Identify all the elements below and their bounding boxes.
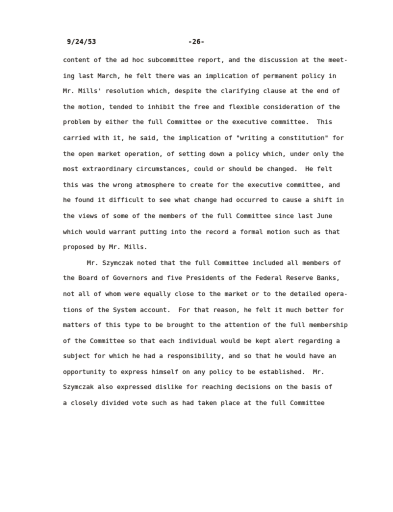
text-line: not all of whom were equally close to th… [63, 287, 363, 303]
page-header: 9/24/53 -26- [0, 38, 393, 54]
text-line: opportunity to express himself on any po… [63, 365, 363, 381]
text-line: the motion, tended to inhibit the free a… [63, 100, 363, 116]
text-line: which would warrant putting into the rec… [63, 225, 363, 241]
text-line: the views of some of the members of the … [63, 209, 363, 225]
page-number: -26- [0, 38, 393, 46]
text-line: the Board of Governors and five Presiden… [63, 271, 363, 287]
text-line: matters of this type to be brought to th… [63, 318, 363, 334]
text-line: most extraordinary circumstances, could … [63, 162, 363, 178]
text-line: the open market operation, of setting do… [63, 147, 363, 163]
text-line: proposed by Mr. Mills. [63, 240, 363, 256]
text-line: carried with it, he said, the implicatio… [63, 131, 363, 147]
paragraph: content of the ad hoc subcommittee repor… [63, 53, 363, 256]
text-line: of the Committee so that each individual… [63, 334, 363, 350]
text-line: subject for which he had a responsibilit… [63, 349, 363, 365]
text-line: tions of the System account. For that re… [63, 303, 363, 319]
document-body: content of the ad hoc subcommittee repor… [63, 53, 363, 412]
text-line: problem by either the full Committee or … [63, 115, 363, 131]
document-page: 9/24/53 -26- content of the ad hoc subco… [0, 0, 393, 512]
paragraph: Mr. Szymczak noted that the full Committ… [63, 256, 363, 412]
text-line: he found it difficult to see what change… [63, 193, 363, 209]
text-line: ing last March, he felt there was an imp… [63, 69, 363, 85]
text-line: this was the wrong atmosphere to create … [63, 178, 363, 194]
text-line: Mr. Mills' resolution which, despite the… [63, 84, 363, 100]
text-line: Szymczak also expressed dislike for reac… [63, 380, 363, 396]
text-line: a closely divided vote such as had taken… [63, 396, 363, 412]
text-line: content of the ad hoc subcommittee repor… [63, 53, 363, 69]
text-line: Mr. Szymczak noted that the full Committ… [63, 256, 363, 272]
